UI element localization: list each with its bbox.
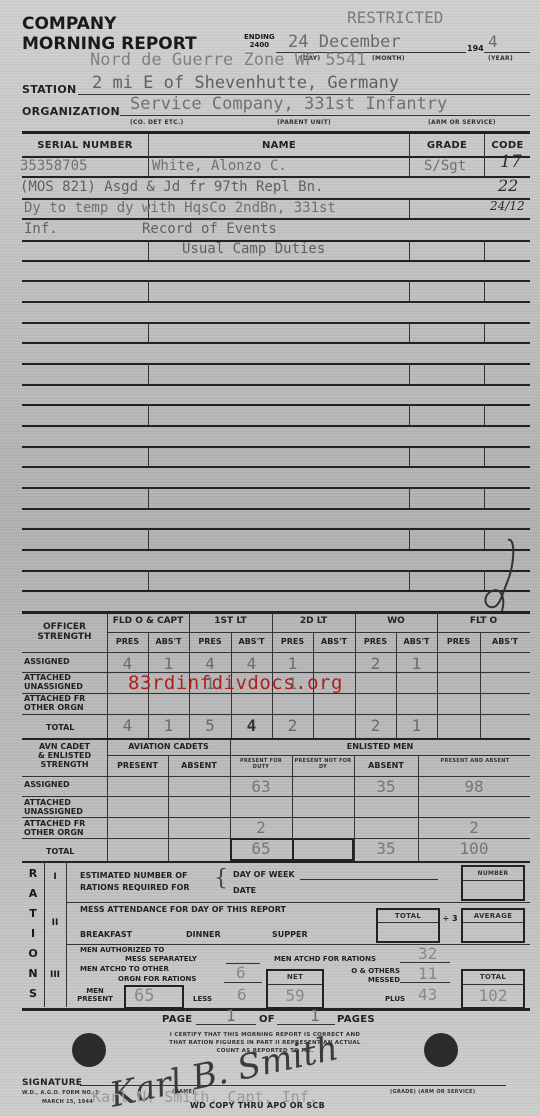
em-absent-total: 35 <box>354 839 418 858</box>
roster-col-divider <box>484 363 485 384</box>
men-present-label-2: PRESENT <box>70 995 120 1003</box>
roster-col-divider <box>148 280 149 301</box>
organization-underline <box>120 115 530 116</box>
rations-letter: N <box>22 964 44 984</box>
rations-letter: O <box>22 944 44 964</box>
aviation-cadets-group: AVIATION CADETS <box>107 742 230 751</box>
net-value: 59 <box>266 986 324 1005</box>
officer-row-rule <box>22 714 530 715</box>
atchd-for-rations-line <box>400 962 450 963</box>
number-box-rule <box>463 880 523 881</box>
o-others-line <box>400 982 450 983</box>
em-present-absent-total: 100 <box>418 839 530 858</box>
men-atchd-for-rations-value: 32 <box>418 944 437 963</box>
enlisted-men-group: ENLISTED MEN <box>230 742 530 751</box>
roster-col-divider <box>148 156 149 176</box>
roster-col-divider <box>409 134 410 156</box>
roster-col-divider <box>148 570 149 590</box>
roster-col-divider <box>484 404 485 425</box>
roster-col-divider <box>409 570 410 590</box>
roster-col-divider <box>409 240 410 260</box>
mess-total-box-rule <box>378 922 438 923</box>
roster-col-divider <box>409 198 410 218</box>
page-value: 1 <box>226 1006 236 1025</box>
roster-col-divider <box>148 404 149 425</box>
punch-hole-left <box>72 1033 106 1067</box>
classification-stamp: RESTRICTED <box>347 8 443 27</box>
rations-numeral-divider <box>66 862 67 1007</box>
pages-line <box>277 1024 335 1025</box>
roster-col-divider <box>484 446 485 466</box>
officer-strength-title-1: OFFICER <box>22 622 107 632</box>
enlisted-title-3: STRENGTH <box>22 760 107 769</box>
usual-camp-duties-line: Usual Camp Duties <box>182 241 325 257</box>
em-absent-assigned: 35 <box>354 777 418 796</box>
col-serial-number: SERIAL NUMBER <box>22 140 148 151</box>
year-caption: (YEAR) <box>488 55 513 62</box>
em-present-for-duty-attached: 2 <box>230 818 292 837</box>
row-label-total: TOTAL <box>46 723 74 732</box>
roster-col-divider <box>409 156 410 176</box>
officer-strength-title: OFFICER STRENGTH <box>22 622 107 642</box>
morning-report-form: COMPANY MORNING REPORT RESTRICTED ENDING… <box>0 0 540 1116</box>
pages-value: 1 <box>310 1006 320 1025</box>
roster-rule <box>22 590 530 592</box>
officer-total: 4 <box>231 716 272 735</box>
subhdr-present-for-duty: PRESENT FOR DUTY <box>232 758 290 770</box>
subhdr-pres: PRES <box>189 637 231 646</box>
mess-attendance-title: MESS ATTENDANCE FOR DAY OF THIS REPORT <box>80 905 286 914</box>
section-iii-numeral: III <box>44 970 66 980</box>
officer-value: 1 <box>148 654 189 673</box>
officer-value: 2 <box>355 654 396 673</box>
row-label-assigned: ASSIGNED <box>24 657 70 666</box>
roster-rule <box>22 218 530 220</box>
year-prefix: 194 <box>467 44 484 53</box>
breakfast-label: BREAKFAST <box>80 930 132 939</box>
em-total-box-divider <box>292 838 294 861</box>
roster-col-divider <box>148 487 149 508</box>
mess-total-label: TOTAL <box>376 912 440 920</box>
subhdr-abst: ABS'T <box>231 637 272 646</box>
website-watermark: 83rdinfdivdocs.org <box>128 672 343 694</box>
roster-col-divider <box>484 322 485 342</box>
row-label-attached-other: ATTACHED FR OTHER ORGN <box>24 694 104 712</box>
roster-rule <box>22 528 530 530</box>
roster-rule <box>22 301 530 303</box>
roster-rule <box>22 384 530 386</box>
subhdr-abst: ABS'T <box>313 637 355 646</box>
organization-label: ORGANIZATION <box>22 105 120 118</box>
col-name: NAME <box>149 140 409 151</box>
o-others-messed-value: 11 <box>418 964 437 983</box>
officer-row-rule <box>22 652 530 653</box>
enlisted-subheader-rule <box>107 755 530 756</box>
title-line-1: COMPANY <box>22 14 197 34</box>
roster-rule <box>22 425 530 427</box>
roster-rule <box>22 487 530 489</box>
ending-label-2: 2400 <box>244 41 275 49</box>
atchd-other-line <box>224 982 262 983</box>
officer-total: 4 <box>107 716 148 735</box>
year-value: 4 <box>488 32 498 51</box>
subhdr-pres: PRES <box>437 637 480 646</box>
officer-value: 4 <box>107 654 148 673</box>
officer-total: 1 <box>396 716 437 735</box>
officer-total: 5 <box>189 716 231 735</box>
plus-value: 43 <box>418 985 437 1004</box>
subhdr-abst: ABS'T <box>480 637 530 646</box>
average-label: AVERAGE <box>461 912 525 920</box>
roster-col-divider <box>148 446 149 466</box>
year-underline <box>484 52 530 53</box>
subhdr-avn-present: PRESENT <box>107 761 168 770</box>
entry-name: White, Alonzo C. <box>152 158 287 174</box>
location-grid: Nord de Guerre Zone WF 5541 <box>90 50 366 70</box>
rations-section-rule <box>66 902 530 903</box>
signature-label: SIGNATURE <box>22 1078 82 1088</box>
row-label-assigned: ASSIGNED <box>24 780 70 789</box>
roster-rule <box>22 570 530 572</box>
men-authorized-label-1: MEN AUTHORIZED TO <box>80 946 164 954</box>
rations-total-label: TOTAL <box>461 973 525 981</box>
of-label: OF <box>259 1014 275 1025</box>
subhdr-avn-absent: ABSENT <box>168 761 230 770</box>
punch-hole-right <box>424 1033 458 1067</box>
roster-col-divider <box>484 280 485 301</box>
divide-by-three: ÷ 3 <box>441 914 459 924</box>
roster-col-divider <box>409 446 410 466</box>
ending-label-1: ENDING <box>244 33 275 41</box>
col-code: CODE <box>485 140 530 151</box>
em-present-for-duty-assigned: 63 <box>230 777 292 796</box>
station-label: STATION <box>22 83 76 96</box>
roster-col-divider <box>148 322 149 342</box>
em-present-absent-attached: 2 <box>418 818 530 837</box>
roster-rule <box>22 342 530 344</box>
group-flt-o: FLT O <box>437 616 530 626</box>
roster-col-divider <box>484 156 485 176</box>
less-value: 6 <box>237 985 247 1004</box>
rations-side-label: R A T I O N S <box>22 864 44 1004</box>
net-label: NET <box>266 973 324 981</box>
men-atchd-other-label-2: ORGN FOR RATIONS <box>118 975 196 983</box>
code-mark-1: 17 <box>500 152 522 172</box>
roster-rule <box>22 446 530 448</box>
group-fld-o-capt: FLD O & CAPT <box>107 616 189 626</box>
subhdr-present-and-absent: PRESENT AND ABSENT <box>420 758 530 764</box>
day-of-week-label: DAY OF WEEK <box>233 870 295 879</box>
org-caption-unit: (CO. DET ETC.) <box>130 119 184 126</box>
code-mark-2: 22 <box>498 176 518 195</box>
grade-caption: (GRADE) (ARM OR SERVICE) <box>390 1089 475 1095</box>
o-others-label-2: MESSED <box>336 976 400 985</box>
report-date: 24 December <box>288 32 401 52</box>
men-present-value: 65 <box>134 986 154 1006</box>
routing-note: WD COPY THRU APO OR SCB <box>190 1101 325 1110</box>
men-present-label-1: MEN <box>70 987 120 995</box>
rations-letter-divider <box>44 862 45 1007</box>
average-box-rule <box>463 922 523 923</box>
estimated-rations-line-2: RATIONS REQUIRED FOR <box>80 882 190 894</box>
row-label-total: TOTAL <box>46 847 74 856</box>
form-id-2: MARCH 15, 1944 <box>42 1099 93 1105</box>
page-line <box>196 1024 256 1025</box>
roster-col-divider <box>484 134 485 156</box>
dinner-label: DINNER <box>186 930 221 939</box>
roster-rule <box>22 508 530 510</box>
rations-letter: T <box>22 904 44 924</box>
roster-rule <box>22 280 530 282</box>
roster-col-divider <box>148 363 149 384</box>
roster-col-divider <box>484 487 485 508</box>
officer-strength-title-2: STRENGTH <box>22 632 107 642</box>
enlisted-col-divider <box>168 755 169 862</box>
date-label: DATE <box>233 886 256 895</box>
roster-rule <box>22 176 530 178</box>
rations-letter: I <box>22 924 44 944</box>
subhdr-present-not-for-duty: PRESENT NOT FOR DY <box>294 758 352 770</box>
pages-label: PAGES <box>337 1014 375 1025</box>
station-value: 2 mi E of Shevenhutte, Germany <box>92 73 399 93</box>
roster-col-divider <box>484 240 485 260</box>
group-1st-lt: 1ST LT <box>189 616 272 626</box>
record-of-events-line: Inf. Record of Events <box>24 221 277 237</box>
supper-label: SUPPER <box>272 930 308 939</box>
col-grade: GRADE <box>410 140 484 151</box>
officer-value: 1 <box>396 654 437 673</box>
roster-col-divider <box>148 240 149 260</box>
enlisted-bottom-rule <box>22 861 530 863</box>
enlisted-title-1: AVN CADET <box>22 742 107 751</box>
rations-section-rule <box>66 944 530 945</box>
roster-rule <box>22 322 530 324</box>
certification-line-1: I CERTIFY THAT THIS MORNING REPORT IS CO… <box>140 1031 390 1039</box>
page-label: PAGE <box>162 1014 192 1025</box>
officer-value: 1 <box>272 654 313 673</box>
officer-total: 1 <box>148 716 189 735</box>
men-atchd-other-label-1: MEN ATCHD TO OTHER <box>80 965 169 973</box>
section-i-numeral: I <box>44 872 66 882</box>
signature-line <box>80 1085 506 1086</box>
ending-label: ENDING 2400 <box>244 33 275 49</box>
roster-rule <box>22 363 530 365</box>
estimated-rations-label: ESTIMATED NUMBER OF RATIONS REQUIRED FOR <box>80 870 190 894</box>
brace-icon: { <box>214 866 228 891</box>
rations-letter: A <box>22 884 44 904</box>
officer-value: 4 <box>231 654 272 673</box>
roster-col-divider <box>409 487 410 508</box>
roster-rule <box>22 260 530 262</box>
officer-subcol-divider <box>480 632 481 739</box>
men-authorized-label-2: MESS SEPARATELY <box>125 955 197 963</box>
enlisted-title-2: & ENLISTED <box>22 751 107 760</box>
subhdr-pres: PRES <box>107 637 148 646</box>
plus-label: PLUS <box>385 995 405 1003</box>
roster-top-rule <box>22 131 530 134</box>
roster-col-divider <box>409 404 410 425</box>
net-box-rule <box>268 984 322 985</box>
roster-col-divider <box>148 134 149 156</box>
row-label-attached-other: ATTACHED FR OTHER ORGN <box>24 819 104 837</box>
o-others-label-1: O & OTHERS <box>336 967 400 976</box>
roster-col-divider <box>409 528 410 549</box>
handwritten-mark-icon <box>478 535 528 615</box>
form-id-1: W.D., A.G.O. FORM NO. 1 <box>22 1090 99 1096</box>
row-label-attached-unassigned: ATTACHED UNASSIGNED <box>24 798 104 816</box>
entry-line-2: Dy to temp dy with HqsCo 2ndBn, 331st <box>24 200 336 216</box>
men-present-label: MEN PRESENT <box>70 987 120 1003</box>
men-atchd-for-rations-label: MEN ATCHD FOR RATIONS <box>274 955 376 963</box>
org-caption-parent: (PARENT UNIT) <box>277 119 331 126</box>
officer-subheader-rule <box>107 632 530 633</box>
officer-total: 2 <box>272 716 313 735</box>
code-mark-3: 24/12 <box>490 199 525 213</box>
subhdr-em-absent: ABSENT <box>354 761 418 770</box>
subhdr-abst: ABS'T <box>148 637 189 646</box>
number-label: NUMBER <box>461 870 525 877</box>
em-present-absent-assigned: 98 <box>418 777 530 796</box>
o-others-messed-label: O & OTHERS MESSED <box>336 967 400 985</box>
rations-total-box-rule <box>463 984 523 985</box>
roster-col-divider <box>409 363 410 384</box>
officer-bottom-rule <box>22 738 530 740</box>
roster-bottom-rule <box>22 611 530 614</box>
rations-letter: R <box>22 864 44 884</box>
roster-rule <box>22 466 530 468</box>
em-present-for-duty-total: 65 <box>230 839 292 858</box>
month-caption: (MONTH) <box>372 55 405 62</box>
group-2d-lt: 2D LT <box>272 616 355 626</box>
enlisted-col-divider <box>107 740 108 862</box>
enlisted-row-rule <box>22 796 530 797</box>
row-label-attached-unassigned: ATTACHED UNASSIGNED <box>24 673 104 691</box>
form-title: COMPANY MORNING REPORT <box>22 14 197 54</box>
roster-rule <box>22 404 530 406</box>
org-caption-arm: (ARM OR SERVICE) <box>428 119 496 126</box>
rations-bottom-rule <box>22 1008 530 1011</box>
less-label: LESS <box>193 995 212 1003</box>
roster-col-divider <box>409 280 410 301</box>
enlisted-strength-title: AVN CADET & ENLISTED STRENGTH <box>22 742 107 769</box>
rations-total-value: 102 <box>461 986 525 1005</box>
men-atchd-other-value: 6 <box>236 963 246 982</box>
organization-value: Service Company, 331st Infantry <box>130 94 447 114</box>
officer-total: 2 <box>355 716 396 735</box>
estimated-rations-line-1: ESTIMATED NUMBER OF <box>80 870 190 882</box>
entry-line-1: (MOS 821) Asgd & Jd fr 97th Repl Bn. <box>20 179 323 195</box>
day-of-week-line <box>300 879 438 880</box>
entry-grade: S/Sgt <box>424 158 466 174</box>
rations-letter: S <box>22 984 44 1004</box>
roster-col-divider <box>148 528 149 549</box>
group-wo: WO <box>355 616 437 626</box>
section-ii-numeral: II <box>44 918 66 928</box>
subhdr-abst: ABS'T <box>396 637 437 646</box>
entry-serial-number: 35358705 <box>20 158 87 174</box>
roster-col-divider <box>409 322 410 342</box>
roster-rule <box>22 549 530 551</box>
subhdr-pres: PRES <box>272 637 313 646</box>
officer-value: 4 <box>189 654 231 673</box>
subhdr-pres: PRES <box>355 637 396 646</box>
